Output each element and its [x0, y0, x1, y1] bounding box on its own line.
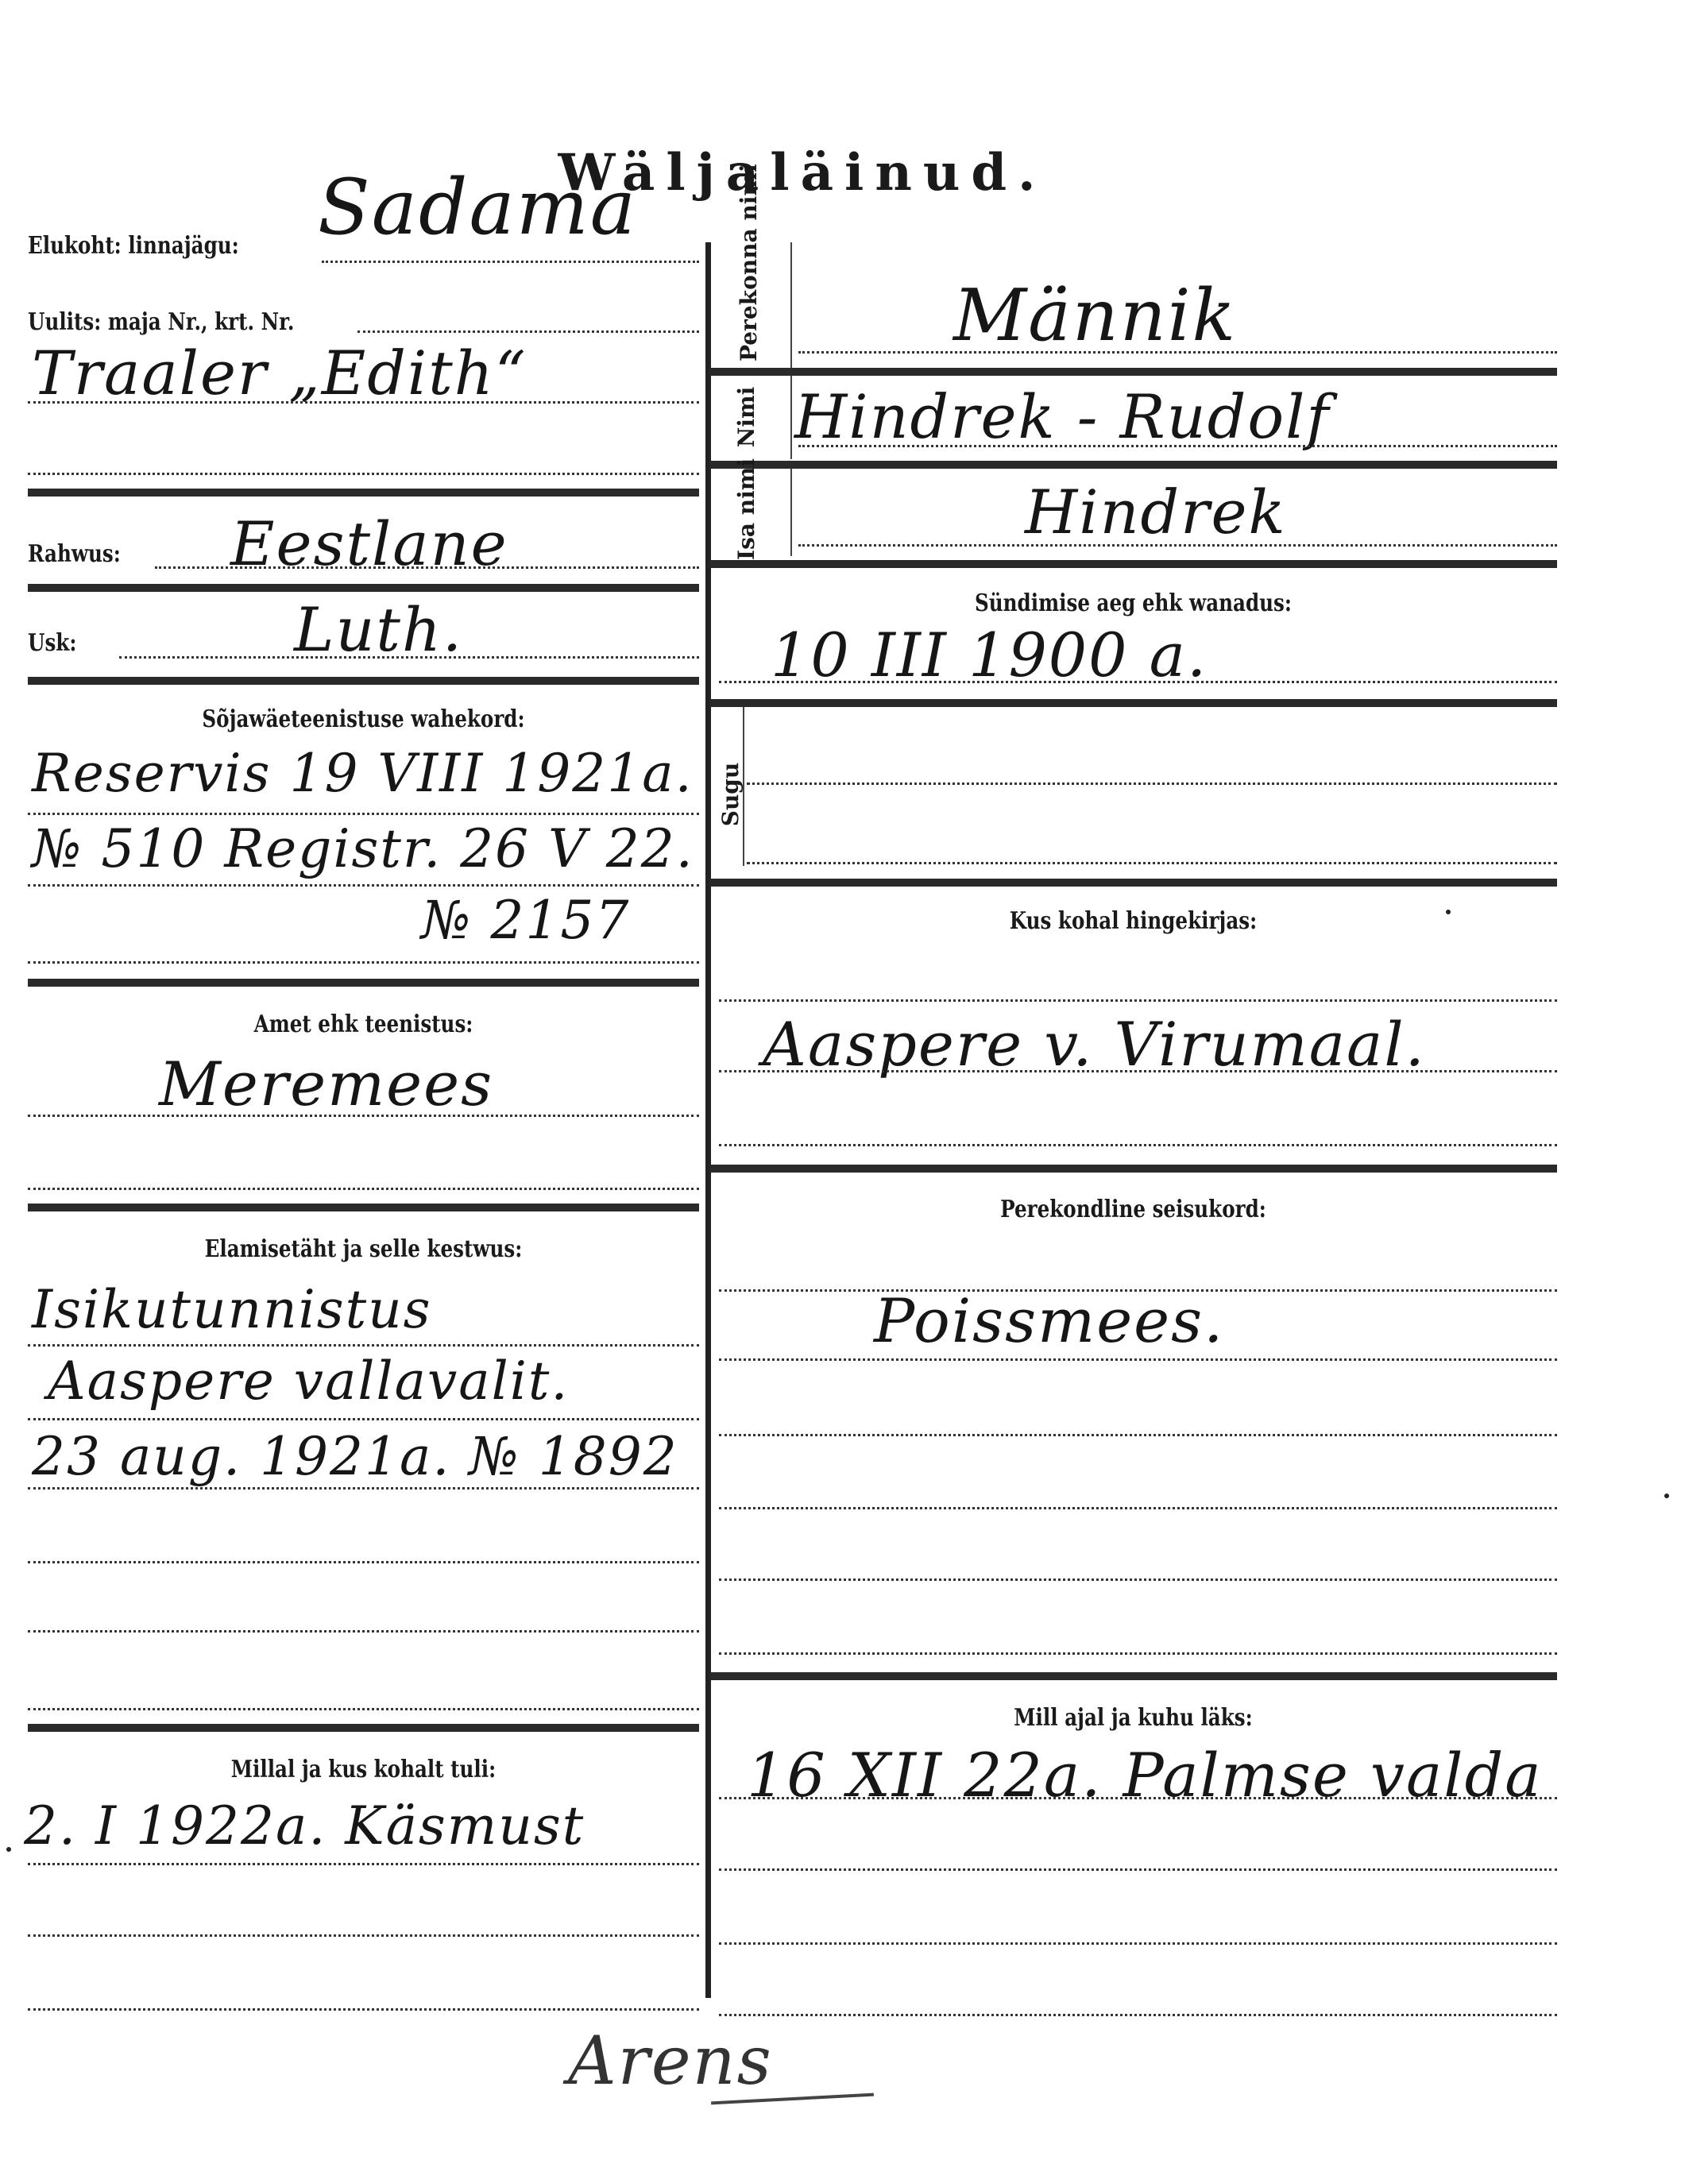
- marital-field-line-4: [719, 1507, 1557, 1509]
- section-divider: [709, 699, 1557, 707]
- military-field-line-2: [28, 884, 699, 887]
- marital-field-line-2: [719, 1358, 1557, 1361]
- street-field-line-3: [28, 473, 699, 475]
- departure-value: 16 XII 22a. Palmse valda: [747, 1740, 1543, 1810]
- marital-field-line-3: [719, 1434, 1557, 1436]
- permit-field-line-1: [28, 1344, 699, 1347]
- permit-field-line-4: [28, 1561, 699, 1563]
- occupation-label: Amet ehk teenistus:: [88, 1010, 639, 1038]
- father-name-label: Isa nimi: [735, 465, 759, 560]
- religion-value: Luth.: [294, 594, 463, 665]
- surname-label: Perekonna nimi: [737, 242, 761, 361]
- street-label: Uulits: maja Nr., krt. Nr.: [28, 308, 294, 336]
- residence-label: Elukoht: linnajägu:: [28, 232, 239, 260]
- occupation-field-line-1: [28, 1115, 699, 1117]
- gender-field-line-1: [747, 782, 1557, 785]
- section-divider: [709, 560, 1557, 568]
- first-name-label: Nimi: [735, 369, 759, 465]
- permit-field-line-3: [28, 1487, 699, 1490]
- arrival-field-line-3: [28, 2008, 699, 2011]
- departure-field-line-4: [719, 2014, 1557, 2016]
- first-name-field-line: [798, 445, 1557, 447]
- registry-place-value: Aaspere v. Virumaal.: [763, 1009, 1426, 1080]
- permit-line-2: Aaspere vallavalit.: [48, 1350, 569, 1412]
- birth-label: Sündimise aeg ehk wanadus:: [786, 589, 1481, 617]
- arrival-value: 2. I 1922a. Käsmust: [24, 1795, 585, 1857]
- departure-field-line-3: [719, 1942, 1557, 1945]
- scan-speck: [1664, 1493, 1669, 1498]
- father-name-field-line: [798, 544, 1557, 547]
- permit-field-line-5: [28, 1630, 699, 1633]
- religion-label: Usk:: [28, 629, 76, 657]
- label-column-divider: [790, 242, 792, 369]
- section-divider: [709, 461, 1557, 469]
- nationality-label: Rahwus:: [28, 540, 121, 568]
- marital-status-value: Poissmees.: [874, 1285, 1224, 1356]
- section-divider: [28, 677, 699, 685]
- marital-field-line-6: [719, 1652, 1557, 1655]
- permit-field-line-6: [28, 1708, 699, 1710]
- label-column-divider: [790, 469, 792, 556]
- military-line-3: № 2157: [421, 890, 630, 951]
- birth-field-line: [719, 681, 1557, 683]
- center-divider: [705, 242, 711, 1998]
- nationality-field-line: [155, 566, 699, 569]
- arrival-field-line-2: [28, 1934, 699, 1937]
- street-value: Traaler „Edith“: [32, 338, 527, 408]
- section-divider: [709, 1672, 1557, 1680]
- permit-line-3: 23 aug. 1921a. № 1892: [32, 1426, 678, 1487]
- military-field-line-1: [28, 813, 699, 815]
- surname-field-line: [798, 351, 1557, 354]
- military-label: Sõjawäeteenistuse wahekord:: [88, 705, 639, 733]
- street-field-line-2: [28, 401, 699, 404]
- registry-place-label: Kus kohal hingekirjas:: [786, 907, 1481, 935]
- registry-field-line-1: [719, 999, 1557, 1002]
- section-divider: [28, 1204, 699, 1211]
- surname-value: Männik: [953, 274, 1237, 357]
- departure-field-line-2: [719, 1868, 1557, 1871]
- residence-permit-label: Elamisetäht ja selle kestwus:: [88, 1235, 639, 1263]
- registry-field-line-2: [719, 1070, 1557, 1072]
- father-name-value: Hindrek: [1025, 477, 1287, 547]
- signature: Arens: [568, 2022, 773, 2100]
- section-divider: [28, 489, 699, 497]
- arrival-field-line-1: [28, 1863, 699, 1865]
- section-divider: [28, 584, 699, 592]
- occupation-field-line-2: [28, 1188, 699, 1190]
- marital-status-label: Perekondline seisukord:: [786, 1196, 1481, 1223]
- permit-line-1: Isikutunnistus: [32, 1279, 431, 1340]
- gender-label: Sugu: [719, 747, 743, 842]
- residence-value: Sadama: [318, 163, 637, 252]
- registry-field-line-3: [719, 1144, 1557, 1146]
- marital-field-line-5: [719, 1578, 1557, 1581]
- military-line-1: Reservis 19 VIII 1921a.: [32, 743, 694, 804]
- gender-field-line-2: [747, 862, 1557, 864]
- military-line-2: № 510 Registr. 26 V 22.: [32, 818, 694, 879]
- permit-field-line-2: [28, 1418, 699, 1420]
- departure-field-line-1: [719, 1797, 1557, 1799]
- first-name-value: Hindrek - Rudolf: [794, 381, 1331, 452]
- military-field-line-3: [28, 961, 699, 964]
- section-divider: [709, 1165, 1557, 1173]
- street-field-line-1: [357, 330, 699, 333]
- label-column-divider: [790, 376, 792, 459]
- section-divider: [709, 368, 1557, 376]
- section-divider: [28, 1724, 699, 1732]
- scan-speck: [6, 1847, 11, 1852]
- residence-field-line: [322, 261, 699, 263]
- arrival-label: Millal ja kus kohalt tuli:: [88, 1756, 639, 1783]
- section-divider: [709, 879, 1557, 887]
- birth-value: 10 III 1900 a.: [771, 620, 1208, 690]
- religion-field-line: [119, 656, 699, 659]
- section-divider: [28, 979, 699, 987]
- occupation-value: Meremees: [159, 1049, 493, 1119]
- departure-label: Mill ajal ja kuhu läks:: [786, 1704, 1481, 1732]
- scan-speck: [1446, 910, 1451, 914]
